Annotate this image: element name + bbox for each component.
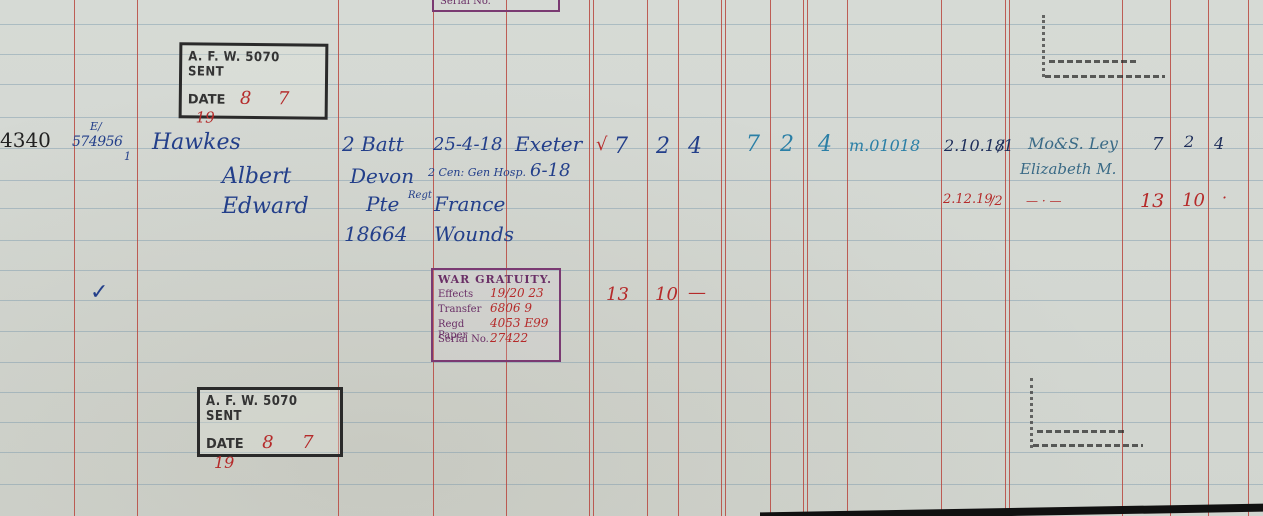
final-pence: 4 bbox=[1214, 134, 1224, 153]
final-pounds: 7 bbox=[1152, 134, 1163, 155]
cause-of-death: Wounds bbox=[434, 222, 514, 246]
row-rule bbox=[0, 331, 1263, 332]
amount-shillings: 2 bbox=[656, 134, 670, 159]
column-rule bbox=[589, 0, 594, 516]
forename-1: Albert bbox=[222, 164, 291, 189]
unit-regiment: Devon bbox=[350, 164, 414, 188]
stamp-row-transfer: Transfer 6806 9 bbox=[438, 301, 554, 316]
gratuity-final-shillings: 10 bbox=[1182, 190, 1205, 211]
reference-prefix: E/ bbox=[90, 120, 102, 133]
serial-label: Serial No. bbox=[440, 0, 491, 7]
stamp-title: A. F. W. 5070 SENT bbox=[188, 49, 306, 80]
afw-5070-sent-stamp: A. F. W. 5070 SENT DATE 8 7 19 bbox=[197, 387, 343, 457]
column-rule bbox=[803, 0, 808, 516]
amount2-pounds: 7 bbox=[746, 132, 760, 157]
row-rule bbox=[0, 240, 1263, 241]
gratuity-dash: — · — bbox=[1026, 194, 1061, 208]
date-of-death: 25-4-18 bbox=[433, 134, 502, 155]
column-rule bbox=[137, 0, 138, 516]
amount-pounds: 7 bbox=[614, 134, 628, 159]
row-rule bbox=[0, 484, 1263, 485]
payee-line-1: Mo&S. Ley bbox=[1028, 134, 1118, 153]
stamp-date-month: 7 bbox=[278, 88, 290, 109]
column-rule bbox=[770, 0, 771, 516]
gratuity-final-pence: · bbox=[1222, 188, 1227, 207]
war-gratuity-stamp: WAR GRATUITY. Effects 19/20 23 Transfer … bbox=[431, 268, 561, 362]
column-rule bbox=[721, 0, 726, 516]
gratuity-final-pounds: 13 bbox=[1140, 190, 1164, 212]
row-rule bbox=[0, 300, 1263, 301]
final-shillings: 2 bbox=[1184, 132, 1194, 151]
gratuity-payment-date: 2.12.19 bbox=[943, 192, 993, 207]
payee-line-2: Elizabeth M. bbox=[1020, 160, 1116, 178]
stamp-date-month: 7 bbox=[302, 432, 313, 453]
stamp-date-label: DATE bbox=[188, 92, 226, 107]
faded-stamp-bottom bbox=[1030, 378, 1163, 448]
row-rule bbox=[0, 362, 1263, 363]
stamp-row-serial-no: Serial No. 27422 bbox=[438, 331, 554, 346]
stamp-row-regd-paper: Regd Paper 4053 E99 bbox=[438, 316, 554, 331]
ledger-page: Serial No. A. F. W. 5070 SENT DATE 8 7 1… bbox=[0, 0, 1263, 516]
authority-reference: m.01018 bbox=[849, 136, 920, 155]
rank-note: Regt bbox=[408, 190, 432, 201]
stamp-date-label: DATE bbox=[206, 437, 244, 452]
place-line-2b: 6-18 bbox=[530, 160, 570, 181]
column-rule bbox=[941, 0, 942, 516]
unit-battalion: 2 Batt bbox=[342, 132, 404, 156]
column-rule bbox=[1208, 0, 1209, 516]
column-rule bbox=[433, 0, 434, 516]
stamp-date-day: 8 bbox=[240, 88, 252, 109]
register-number: 4340 bbox=[0, 128, 51, 152]
check-mark: √ bbox=[596, 134, 607, 155]
rank: Pte bbox=[366, 192, 399, 216]
reference-number: 574956 bbox=[72, 134, 122, 150]
row-rule bbox=[0, 452, 1263, 453]
row-rule bbox=[0, 180, 1263, 181]
column-rule bbox=[1005, 0, 1010, 516]
place-line-1: Exeter bbox=[515, 132, 582, 156]
column-rule bbox=[506, 0, 507, 516]
stamp-row-effects: Effects 19/20 23 bbox=[438, 286, 554, 301]
column-rule bbox=[1170, 0, 1171, 516]
amount2-shillings: 2 bbox=[780, 132, 794, 157]
place-line-3: France bbox=[434, 192, 505, 216]
faded-stamp-top bbox=[1042, 15, 1175, 77]
amount-pence: 4 bbox=[688, 134, 702, 159]
payment-date-suffix: /1 bbox=[998, 136, 1014, 155]
amount2-pence: 4 bbox=[818, 132, 832, 157]
column-rule bbox=[847, 0, 848, 516]
stamp-date-year: 19 bbox=[214, 453, 234, 472]
surname: Hawkes bbox=[152, 130, 241, 155]
gratuity-pence: — bbox=[688, 282, 706, 303]
forename-2: Edward bbox=[222, 194, 309, 219]
row-rule bbox=[0, 270, 1263, 271]
stamp-title: A. F. W. 5070 SENT bbox=[206, 394, 321, 424]
page-edge-shadow bbox=[760, 504, 1263, 516]
payment-date: 2.10.18 bbox=[944, 136, 1005, 155]
gratuity-shillings: 10 bbox=[655, 284, 678, 305]
column-rule bbox=[1248, 0, 1249, 516]
afw-5070-sent-stamp: A. F. W. 5070 SENT DATE 8 7 19 bbox=[179, 42, 329, 120]
gratuity-payment-date-suffix: /2 bbox=[990, 194, 1003, 209]
column-rule bbox=[678, 0, 679, 516]
reference-sub: 1 bbox=[124, 150, 131, 163]
service-number: 18664 bbox=[344, 222, 408, 246]
place-line-2: 2 Cen: Gen Hosp. bbox=[428, 166, 526, 179]
war-gratuity-stamp-fragment: Serial No. bbox=[432, 0, 560, 12]
column-rule bbox=[74, 0, 75, 516]
left-check-mark: ✓ bbox=[90, 280, 108, 305]
column-rule bbox=[647, 0, 648, 516]
gratuity-pounds: 13 bbox=[606, 284, 629, 305]
stamp-date-day: 8 bbox=[262, 432, 273, 453]
row-rule bbox=[0, 208, 1263, 209]
stamp-title: WAR GRATUITY. bbox=[438, 273, 554, 286]
stamp-date-year: 19 bbox=[196, 108, 215, 126]
